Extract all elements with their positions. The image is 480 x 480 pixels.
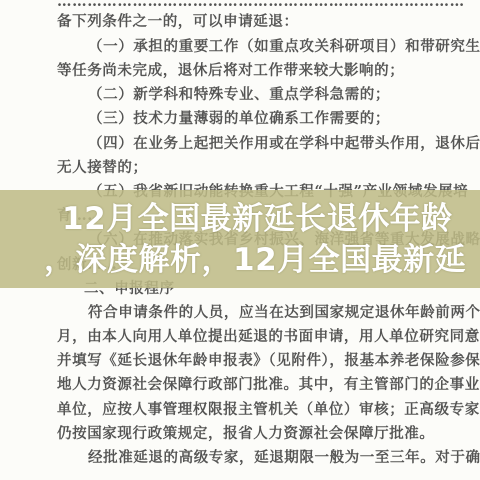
doc-paragraph-line: 符合申请条件的人员，应当在达到国家规定退休年龄前两个 [88, 305, 480, 321]
doc-paragraph-line: 仍按国家现行政策规定，报省人力资源社会保障厅批准。 [57, 426, 435, 442]
doc-item-1: （一）承担的重要工作（如重点攻关科研项目）和带研究生 [88, 39, 480, 55]
doc-item-4: （四）在业务上起把关作用或在学科中起带头作用，退休后 [88, 136, 480, 152]
doc-paragraph-line: 单位，应按人事管理权限报主管机关（单位）审核；正高级专家 [57, 402, 480, 418]
doc-paragraph-line: 经批准延退的高级专家，延退期限一般为一至三年。对于确 [88, 450, 480, 466]
doc-item-3: （三）技术力量薄弱的单位确系工作需要的； [88, 111, 390, 127]
doc-paragraph-line: 地人力资源社会保障行政部门批准。其中，有主管部门的企事业 [57, 377, 480, 393]
doc-line: 等任务尚未完成，退休后将对工作带来较大影响的； [57, 63, 404, 79]
doc-paragraph-line: 并填写《延长退休年龄申报表》（见附件），报基本养老保险参保 [57, 353, 480, 369]
doc-line: 备下列条件之一的，可以申请延退： [57, 14, 299, 30]
doc-paragraph-line: 月，由本人向用人单位提出延退的书面申请，用人单位研究同意 [57, 329, 480, 345]
overlay-title-line-1: 12月全国最新延长退休年龄 [62, 202, 453, 236]
doc-line-cut: ……………………………………………………………………… [57, 0, 465, 10]
doc-item-2: （二）新学科和特殊专业、重点学科急需的； [88, 87, 390, 103]
overlay-title-line-2: ，深度解析，12月全国最新延 [44, 243, 466, 277]
document-page: ……………………………………………………………………… 备下列条件之一的，可以申… [0, 0, 480, 480]
doc-line: 无人接替的； [57, 160, 148, 176]
